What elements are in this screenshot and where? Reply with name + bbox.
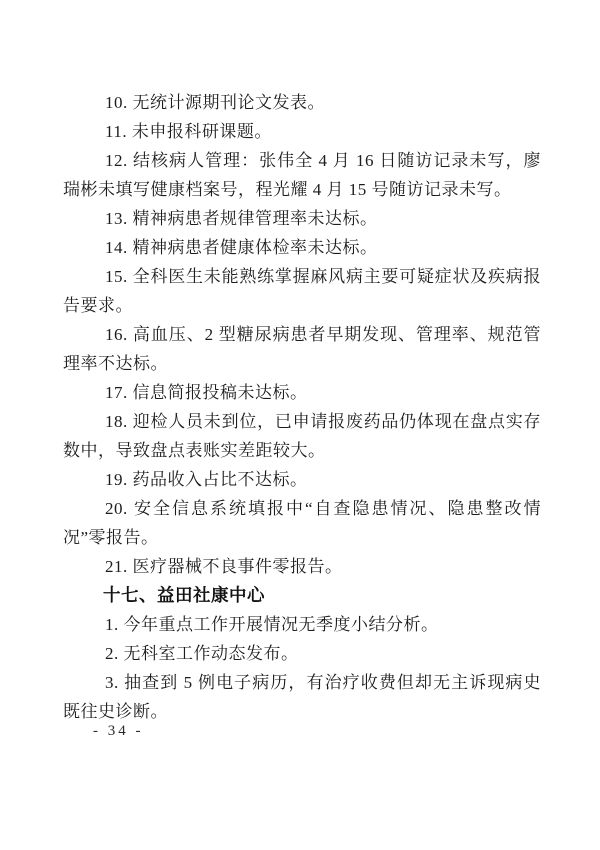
list-item-13: 13. 精神病患者规律管理率未达标。 <box>63 204 541 233</box>
list-item-3: 3. 抽查到 5 例电子病历，有治疗收费但却无主诉现病史既往史诊断。 <box>63 668 541 726</box>
page-number: - 34 - <box>93 722 144 740</box>
list-item-19: 19. 药品收入占比不达标。 <box>63 465 541 494</box>
document-body: 10. 无统计源期刊论文发表。 11. 未申报科研课题。 12. 结核病人管理：… <box>63 88 541 726</box>
list-item-1: 1. 今年重点工作开展情况无季度小结分析。 <box>63 610 541 639</box>
list-item-15: 15. 全科医生未能熟练掌握麻风病主要可疑症状及疾病报告要求。 <box>63 262 541 320</box>
list-item-18: 18. 迎检人员未到位，已申请报废药品仍体现在盘点实存数中，导致盘点表账实差距较… <box>63 407 541 465</box>
list-item-21: 21. 医疗器械不良事件零报告。 <box>63 552 541 581</box>
section-heading: 十七、益田社康中心 <box>63 581 541 610</box>
list-item-17: 17. 信息简报投稿未达标。 <box>63 378 541 407</box>
document-page: 10. 无统计源期刊论文发表。 11. 未申报科研课题。 12. 结核病人管理：… <box>0 0 600 850</box>
list-item-16: 16. 高血压、2 型糖尿病患者早期发现、管理率、规范管理率不达标。 <box>63 320 541 378</box>
list-item-14: 14. 精神病患者健康体检率未达标。 <box>63 233 541 262</box>
list-item-2: 2. 无科室工作动态发布。 <box>63 639 541 668</box>
list-item-11: 11. 未申报科研课题。 <box>63 117 541 146</box>
list-item-20: 20. 安全信息系统填报中“自查隐患情况、隐患整改情况”零报告。 <box>63 494 541 552</box>
list-item-12: 12. 结核病人管理：张伟全 4 月 16 日随访记录未写，廖瑞彬未填写健康档案… <box>63 146 541 204</box>
list-item-10: 10. 无统计源期刊论文发表。 <box>63 88 541 117</box>
